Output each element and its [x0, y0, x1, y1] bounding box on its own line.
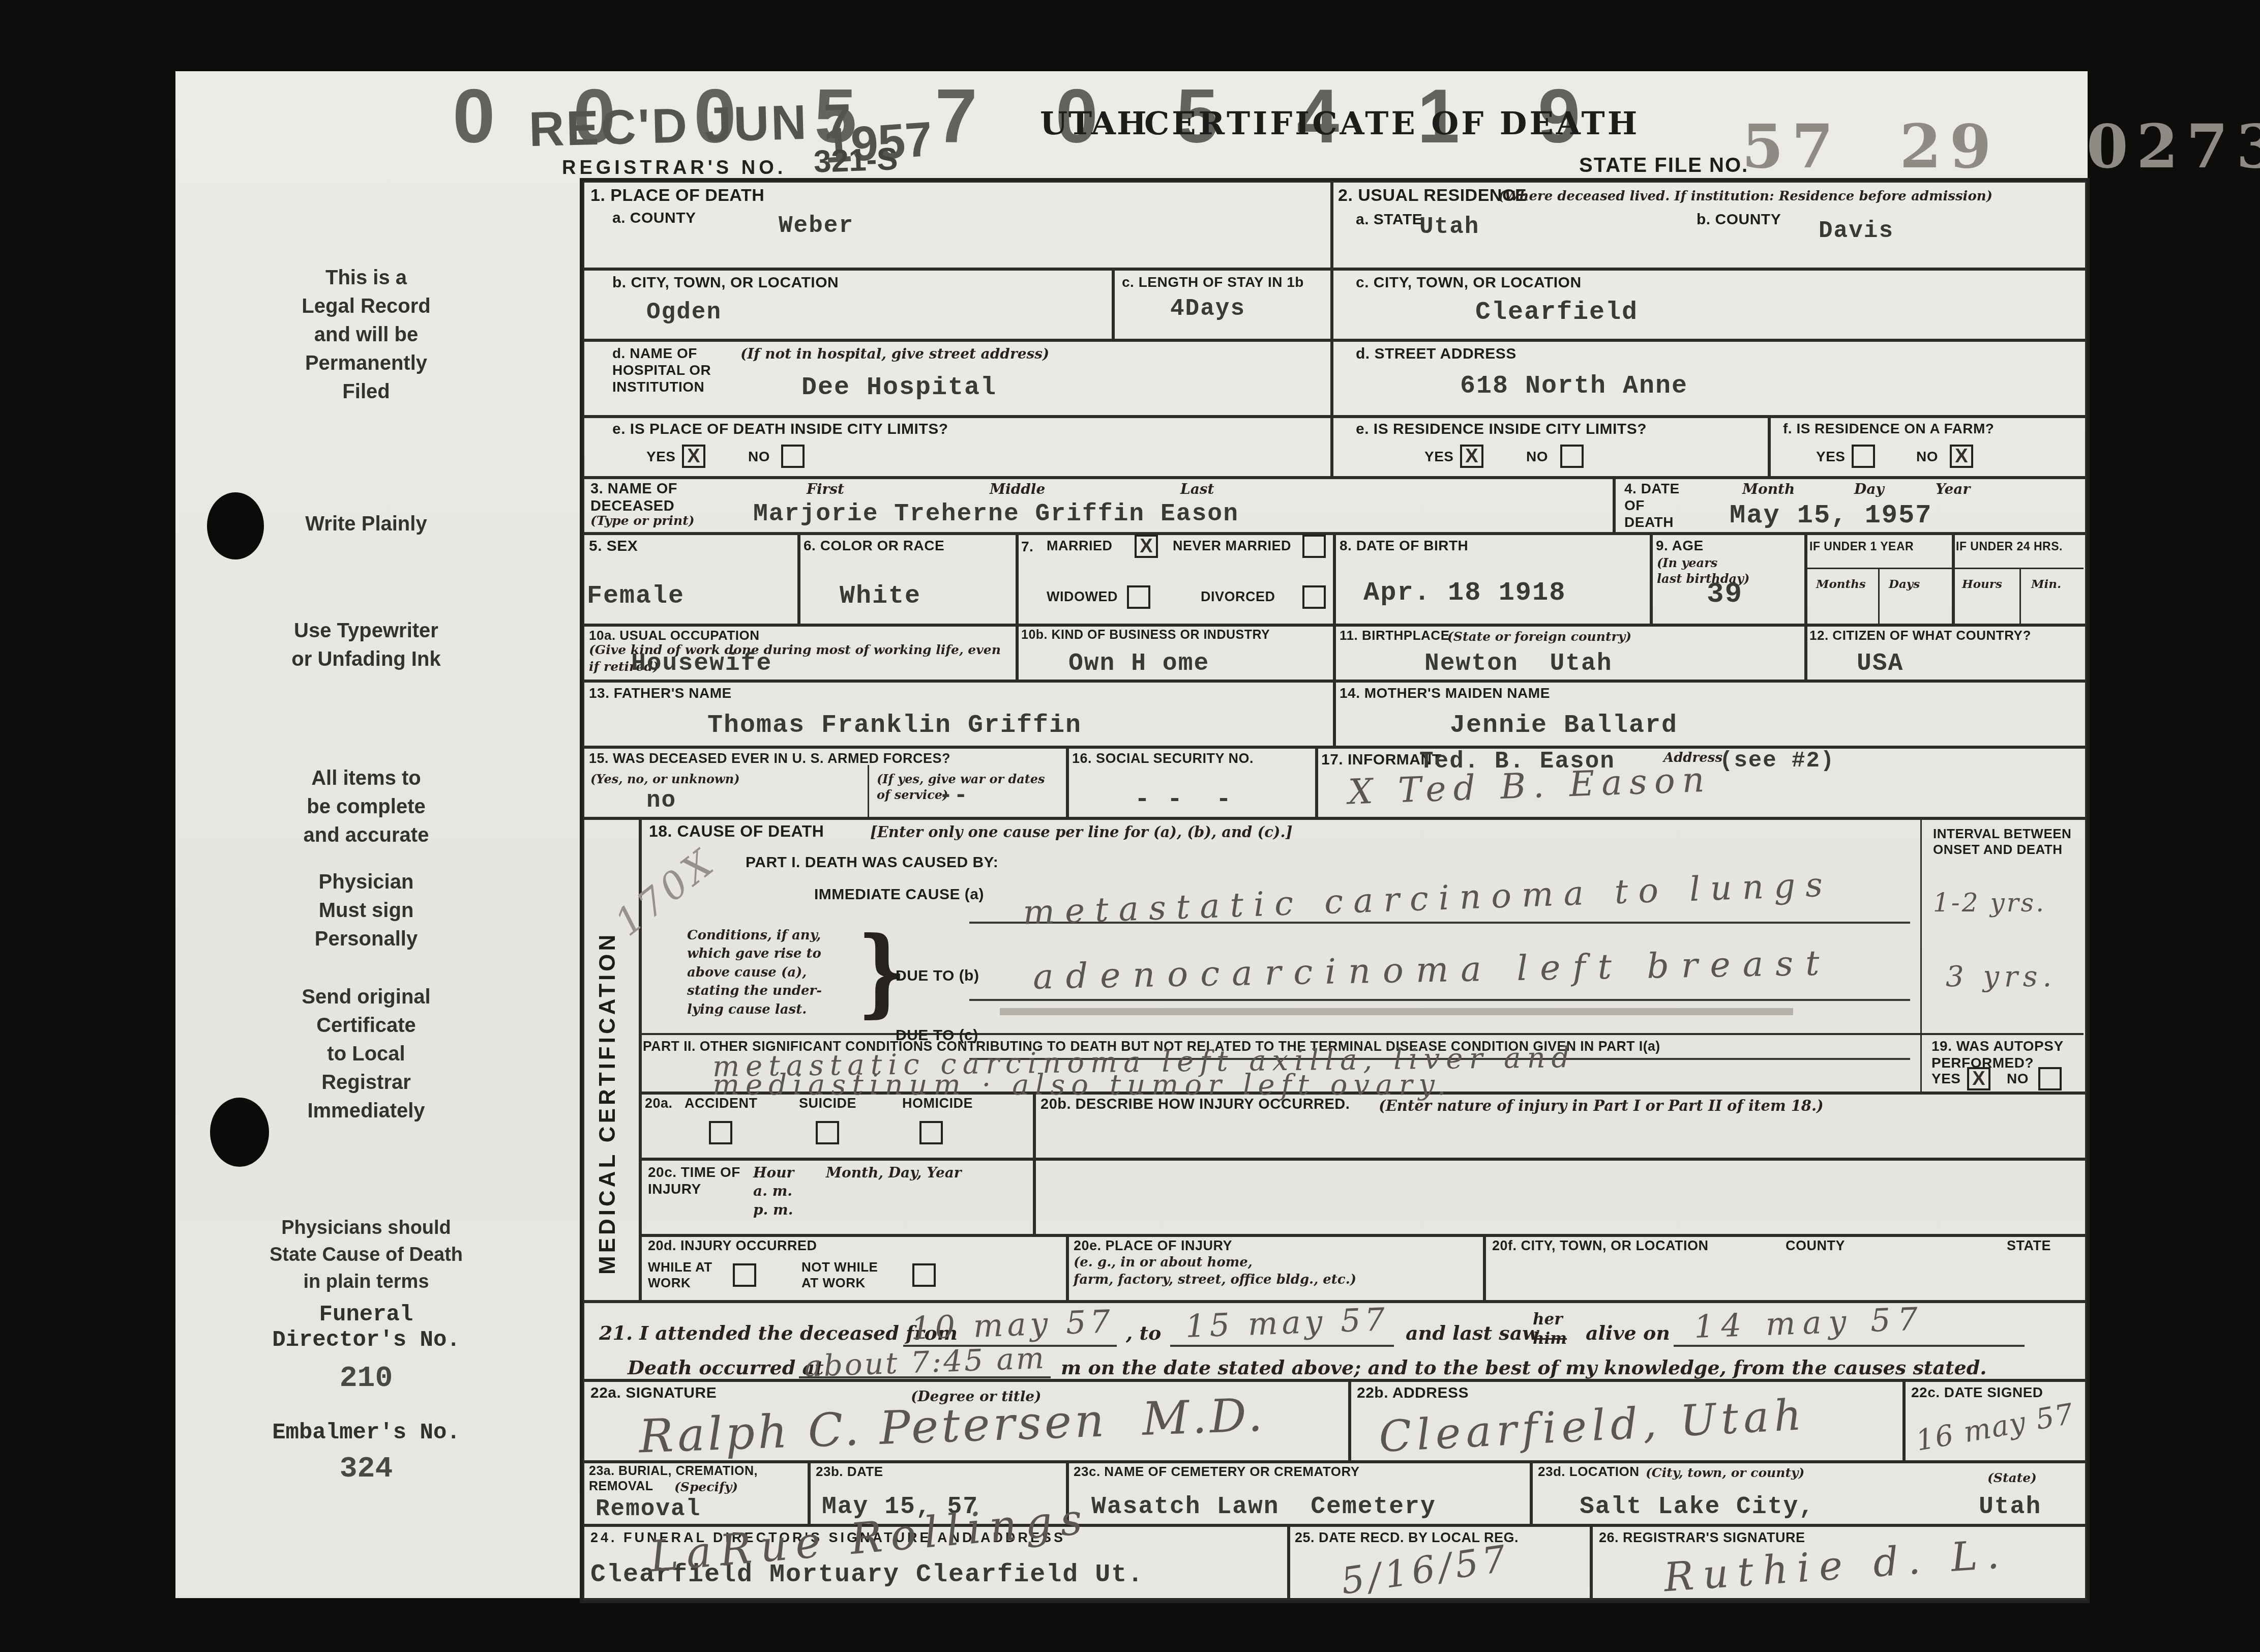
- checkbox-7-never-married: [1302, 535, 1326, 558]
- field-9-under24-label: IF UNDER 24 HRS.: [1956, 540, 2063, 553]
- field-1-label: 1. PLACE OF DEATH: [590, 185, 764, 205]
- field-7-never-label: NEVER MARRIED: [1173, 538, 1291, 554]
- field-21-alive-label: alive on: [1586, 1320, 1670, 1345]
- field-23d-value: Salt Lake City,: [1580, 1493, 1815, 1521]
- field-2b-label: b. COUNTY: [1697, 211, 1781, 228]
- field-2b-value: Davis: [1819, 218, 1894, 244]
- field-1d-label: d. NAME OF HOSPITAL OR INSTITUTION: [612, 345, 711, 395]
- divider-interval: [1920, 817, 1922, 1091]
- field-18-conditions-hint: Conditions, if any, which gave rise to a…: [687, 926, 822, 1019]
- field-2d-label: d. STREET ADDRESS: [1356, 345, 1516, 363]
- checkbox-19-no: [2038, 1067, 2062, 1090]
- field-20a-accident-label: ACCIDENT: [685, 1096, 758, 1112]
- field-5-value: Female: [587, 582, 685, 611]
- field-20f-county-label: COUNTY: [1786, 1238, 1845, 1254]
- field-15-hint1: (Yes, no, or unknown): [590, 771, 740, 787]
- field-2f-yes-label: YES: [1816, 448, 1846, 465]
- field-19-label: 19. WAS AUTOPSY PERFORMED?: [1931, 1038, 2064, 1071]
- field-20c-label: 20c. TIME OF INJURY: [648, 1164, 740, 1197]
- scanned-death-certificate: { "page": { "stamp_serial": "0 0 0 5 7 0…: [0, 0, 2260, 1652]
- field-1b-value: Ogden: [646, 299, 722, 326]
- margin-note-write-plainly: Write Plainly: [186, 510, 547, 538]
- rule-line-b: [969, 999, 1910, 1001]
- field-18-part1-label: PART I. DEATH WAS CAUSED BY:: [746, 853, 998, 871]
- field-11-value: Newton Utah: [1424, 650, 1613, 677]
- field-20d-while-label: WHILE AT WORK: [648, 1259, 712, 1290]
- checkbox-20d-notwhile: [912, 1263, 936, 1287]
- field-11-hint: (State or foreign country): [1447, 629, 1631, 645]
- field-9-value: 39: [1707, 578, 1743, 610]
- checkbox-7-widowed: [1127, 585, 1150, 609]
- checkbox-2f-yes: [1852, 445, 1875, 468]
- field-3-first-label: First: [807, 480, 844, 498]
- rule-21-to: [1170, 1345, 1394, 1347]
- checkbox-7-married: X: [1135, 535, 1158, 558]
- divider: [1878, 568, 1880, 624]
- field-23d-hint: (City, town, or county): [1646, 1465, 1804, 1482]
- field-9-under1yr-label: IF UNDER 1 YEAR: [1809, 540, 1914, 553]
- margin-note-plain-terms: Physicians should State Cause of Death i…: [186, 1215, 547, 1296]
- field-7-married-label: MARRIED: [1047, 538, 1113, 554]
- field-3-value: Marjorie Treherne Griffin Eason: [753, 500, 1239, 528]
- embalmers-no-value: 324: [186, 1453, 547, 1486]
- field-3-hint: (Type or print): [590, 513, 695, 529]
- field-20d-notwhile-label: NOT WHILE AT WORK: [801, 1259, 878, 1290]
- field-18b-label: DUE TO (b): [896, 967, 979, 985]
- checkbox-20a-accident: [709, 1121, 732, 1144]
- field-19-yes-label: YES: [1931, 1070, 1961, 1087]
- field-6-value: White: [840, 582, 921, 611]
- field-21-him-label: him: [1533, 1329, 1567, 1349]
- field-1e-yes-label: YES: [646, 448, 676, 465]
- checkbox-2e-yes: X: [1460, 445, 1483, 468]
- field-8-value: Apr. 18 1918: [1363, 578, 1566, 608]
- checkbox-2f-no: X: [1950, 445, 1973, 468]
- field-21-saw-label: and last saw: [1406, 1320, 1539, 1345]
- page-title: CERTIFICATE OF DEATH: [1144, 105, 1640, 142]
- divider: [868, 765, 869, 817]
- checkbox-1e-yes: X: [682, 445, 705, 468]
- field-2a-value: Utah: [1419, 214, 1479, 240]
- field-10b-value: Own H ome: [1068, 650, 1209, 677]
- field-22c-label: 22c. DATE SIGNED: [1911, 1384, 2043, 1401]
- field-13-value: Thomas Franklin Griffin: [707, 711, 1082, 740]
- cell-20c-blank: [1033, 1158, 2087, 1237]
- margin-note-complete: All items to be complete and accurate: [186, 764, 547, 849]
- field-23c-label: 23c. NAME OF CEMETERY OR CREMATORY: [1074, 1464, 1360, 1480]
- field-17-typed2: (see #2): [1719, 748, 1835, 774]
- field-21-to-script: 15 may 57: [1185, 1301, 1389, 1345]
- field-23d-state-hint: (State): [1987, 1470, 2037, 1487]
- pencil-smudge: [1000, 1008, 1793, 1015]
- field-21-line1a: 21. I attended the deceased from: [599, 1320, 958, 1345]
- field-11-label: 11. BIRTHPLACE: [1340, 628, 1450, 643]
- field-10a-label: 10a. USUAL OCCUPATION: [589, 628, 760, 643]
- field-12-value: USA: [1857, 650, 1904, 677]
- field-14-label: 14. MOTHER'S MAIDEN NAME: [1340, 685, 1550, 701]
- field-2-hint: (Where deceased lived. If institution: R…: [1498, 188, 2078, 205]
- field-15-label: 15. WAS DECEASED EVER IN U. S. ARMED FOR…: [589, 751, 950, 767]
- field-23a-hint: (Specify): [674, 1479, 738, 1496]
- field-20a-num: 20a.: [645, 1096, 673, 1112]
- field-7-widowed-label: WIDOWED: [1047, 589, 1118, 605]
- field-5-label: 5. SEX: [589, 537, 638, 555]
- field-4-year-label: Year: [1936, 480, 1970, 498]
- field-20c-hour-label: Hour a. m. p. m.: [753, 1164, 794, 1219]
- field-1a-label: a. COUNTY: [612, 209, 696, 227]
- field-15-value2: --: [939, 782, 969, 809]
- field-2a-label: a. STATE: [1356, 211, 1422, 228]
- field-8-label: 8. DATE OF BIRTH: [1340, 537, 1468, 554]
- field-18-interval-label: INTERVAL BETWEEN ONSET AND DEATH: [1933, 826, 2071, 857]
- field-20a-suicide-label: SUICIDE: [799, 1096, 856, 1112]
- rule-21-alive: [1674, 1345, 2025, 1347]
- field-9-label: 9. AGE: [1656, 537, 1704, 554]
- field-22b-label: 22b. ADDRESS: [1357, 1384, 1469, 1402]
- registrars-no-label: REGISTRAR'S NO.: [562, 157, 786, 180]
- field-3-label: 3. NAME OF DECEASED: [590, 480, 677, 515]
- field-12-label: 12. CITIZEN OF WHAT COUNTRY?: [1809, 628, 2031, 643]
- field-20f-label: 20f. CITY, TOWN, OR LOCATION: [1492, 1238, 1709, 1254]
- field-6-label: 6. COLOR OR RACE: [804, 537, 944, 554]
- field-20e-hint: (e. g., in or about home, farm, factory,…: [1074, 1254, 1356, 1289]
- certificate-page: 0 0 0 5 7 0 5 4 1 9 REC'D JUN 7 1957 REG…: [175, 71, 2088, 1598]
- checkbox-20a-suicide: [816, 1121, 839, 1144]
- field-15-value1: no: [646, 787, 676, 814]
- field-1d-hint: (If not in hospital, give street address…: [740, 345, 1049, 363]
- field-3-middle-label: Middle: [990, 480, 1045, 498]
- field-14-value: Jennie Ballard: [1450, 711, 1678, 740]
- field-1d-value: Dee Hospital: [801, 373, 997, 402]
- field-10a-value: Housewife: [631, 650, 772, 677]
- field-10b-label: 10b. KIND OF BUSINESS OR INDUSTRY: [1021, 628, 1270, 643]
- checkbox-1e-no: [781, 445, 805, 468]
- field-1e-label: e. IS PLACE OF DEATH INSIDE CITY LIMITS?: [612, 420, 948, 438]
- field-19-no-label: NO: [2007, 1070, 2029, 1087]
- checkbox-20a-homicide: [919, 1121, 943, 1144]
- divider-part2: [639, 1033, 2084, 1035]
- field-20b-label: 20b. DESCRIBE HOW INJURY OCCURRED.: [1040, 1096, 1350, 1113]
- field-7-num: 7.: [1021, 538, 1033, 555]
- field-4-month-label: Month: [1742, 480, 1795, 498]
- received-date-stamp: REC'D JUN 7: [528, 94, 854, 158]
- field-9-days-label: Days: [1889, 577, 1920, 592]
- field-20f-state-label: STATE: [2007, 1238, 2051, 1254]
- margin-note-typewriter: Use Typewriter or Unfading Ink: [186, 616, 547, 673]
- field-7-divorced-label: DIVORCED: [1201, 589, 1275, 605]
- certificate-form: 1. PLACE OF DEATH a. COUNTY Weber 2. USU…: [580, 178, 2090, 1603]
- registrars-no-value: 321-S: [813, 141, 899, 180]
- field-3-last-label: Last: [1180, 480, 1214, 498]
- field-1a-value: Weber: [779, 213, 854, 239]
- field-18-bracket-hint: [Enter only one cause per line for (a), …: [870, 823, 1292, 842]
- title-state: UTAH: [1040, 105, 1148, 142]
- checkbox-7-divorced: [1302, 585, 1326, 609]
- field-1e-no-label: NO: [748, 448, 770, 465]
- field-20e-label: 20e. PLACE OF INJURY: [1074, 1238, 1232, 1254]
- field-18b-interval-script: 3 yrs.: [1946, 960, 2057, 993]
- field-1b-label: b. CITY, TOWN, OR LOCATION: [612, 274, 839, 291]
- field-21-her-label: her: [1533, 1309, 1563, 1330]
- field-18-immediate-label: IMMEDIATE CAUSE (a): [814, 886, 984, 903]
- field-4-label: 4. DATE OF DEATH: [1624, 480, 1680, 530]
- field-13-label: 13. FATHER'S NAME: [589, 685, 732, 701]
- margin-note-legal-record: This is a Legal Record and will be Perma…: [186, 263, 547, 406]
- field-2c-value: Clearfield: [1475, 298, 1638, 327]
- field-2d-value: 618 North Anne: [1460, 372, 1688, 401]
- field-16-value: - - -: [1135, 785, 1232, 814]
- field-22a-label: 22a. SIGNATURE: [590, 1384, 717, 1402]
- field-9-min-label: Min.: [2031, 577, 2061, 592]
- field-18-label: 18. CAUSE OF DEATH: [649, 822, 824, 841]
- funeral-directors-no-value: 210: [186, 1362, 547, 1395]
- state-file-number-stamp: 57 29 0273: [1742, 111, 2260, 182]
- field-4-day-label: Day: [1854, 480, 1884, 498]
- field-20a-homicide-label: HOMICIDE: [902, 1096, 973, 1112]
- field-23d-label: 23d. LOCATION: [1538, 1464, 1640, 1480]
- field-1c-label: c. LENGTH OF STAY IN 1b: [1122, 274, 1304, 290]
- checkbox-19-yes: X: [1967, 1067, 1990, 1090]
- field-2f-label: f. IS RESIDENCE ON A FARM?: [1783, 420, 1994, 437]
- field-2f-no-label: NO: [1916, 448, 1938, 465]
- field-21-line2a: Death occurred at: [628, 1355, 824, 1380]
- field-20b-hint: (Enter nature of injury in Part I or Par…: [1379, 1097, 1824, 1116]
- field-23b-label: 23b. DATE: [816, 1464, 883, 1480]
- field-9-hours-label: Hours: [1962, 577, 2002, 592]
- field-2e-no-label: NO: [1526, 448, 1548, 465]
- divider: [1952, 568, 2084, 569]
- field-26-label: 26. REGISTRAR'S SIGNATURE: [1599, 1530, 1805, 1546]
- state-file-label: STATE FILE NO.: [1579, 154, 1748, 178]
- field-21-line2b: m on the date stated above; and to the b…: [1061, 1355, 1986, 1380]
- field-23c-value: Wasatch Lawn Cemetery: [1091, 1493, 1436, 1521]
- field-20d-label: 20d. INJURY OCCURRED: [648, 1238, 817, 1254]
- rule-21-time: [799, 1376, 1051, 1378]
- embalmers-no-label: Embalmer's No.: [186, 1420, 547, 1445]
- field-9-months-label: Months: [1816, 577, 1866, 592]
- field-2e-label: e. IS RESIDENCE INSIDE CITY LIMITS?: [1356, 420, 1647, 438]
- margin-note-physician-sign: Physician Must sign Personally: [186, 868, 547, 953]
- field-21-from-script: 10 may 57: [910, 1303, 1115, 1347]
- field-20c-mdy-label: Month, Day, Year: [826, 1164, 962, 1182]
- field-16-label: 16. SOCIAL SECURITY NO.: [1072, 751, 1254, 767]
- field-18a-interval-script: 1-2 yrs.: [1933, 888, 2046, 918]
- divider: [2019, 568, 2021, 624]
- field-23a-value: Removal: [596, 1496, 701, 1522]
- checkbox-2e-no: [1560, 445, 1584, 468]
- field-2c-label: c. CITY, TOWN, OR LOCATION: [1356, 274, 1582, 291]
- field-2e-yes-label: YES: [1424, 448, 1454, 465]
- field-1c-value: 4Days: [1170, 296, 1245, 322]
- funeral-directors-no-label: Funeral Director's No.: [186, 1302, 547, 1353]
- field-23d-state-value: Utah: [1979, 1493, 2041, 1521]
- checkbox-20d-while: [733, 1263, 756, 1287]
- field-4-value: May 15, 1957: [1730, 500, 1932, 530]
- margin-note-send-original: Send original Certificate to Local Regis…: [186, 983, 547, 1125]
- field-21-to-label: , to: [1126, 1320, 1161, 1345]
